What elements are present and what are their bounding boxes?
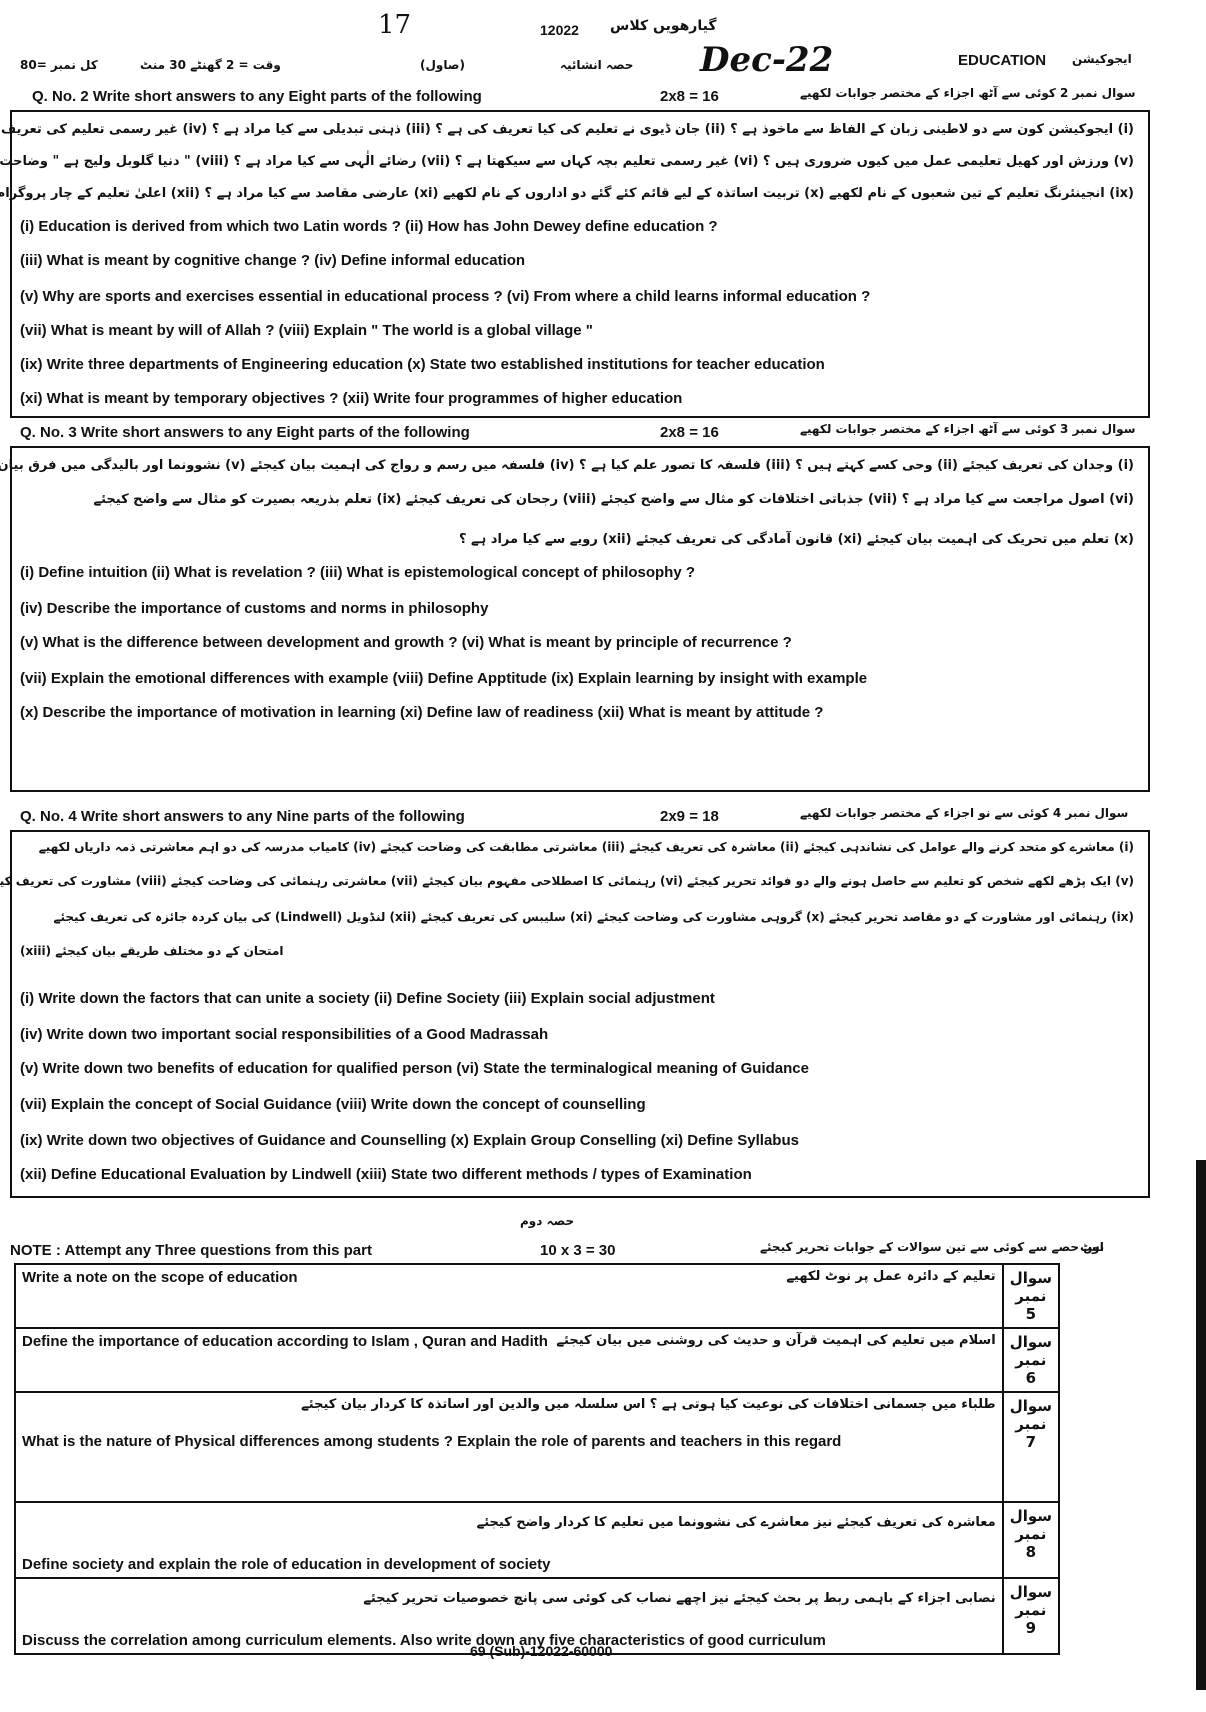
q2-part: (vii) What is meant by will of Allah ? (… bbox=[20, 322, 593, 339]
question-number-urdu: سوال نمبر 5 bbox=[1003, 1264, 1059, 1328]
question-english: Write a note on the scope of education bbox=[22, 1269, 298, 1286]
part2-heading-urdu: حصہ دوم bbox=[520, 1214, 574, 1228]
question-cell: طلباء میں جسمانی اختلافات کی نوعیت کیا ہ… bbox=[15, 1392, 1003, 1502]
q4-title-urdu: سوال نمبر 4 کوئی سے نو اجزاء کے مختصر جو… bbox=[800, 806, 1128, 820]
q2-urdu-line: (i) ایجوکیشن کون سے دو لاطینی زبان کے ال… bbox=[0, 122, 1134, 137]
time-urdu: وقت = 2 گھنٹے 30 منٹ bbox=[140, 58, 281, 72]
question-urdu: اسلام میں تعلیم کی اہمیت قرآن و حدیث کی … bbox=[556, 1333, 995, 1350]
q4-part: (i) Write down the factors that can unit… bbox=[20, 990, 715, 1007]
q2-urdu-line: (v) ورزش اور کھیل تعلیمی عمل میں کیوں ضر… bbox=[0, 154, 1134, 169]
class-label-urdu: گیارھویں کلاس bbox=[610, 18, 716, 34]
exam-paper: 12022 گیارھویں کلاس 17 کل نمبر =80 وقت =… bbox=[0, 0, 1206, 1712]
paper-code: 12022 bbox=[540, 22, 579, 38]
q3-part: (iv) Describe the importance of customs … bbox=[20, 600, 488, 617]
handwritten-date: Dec-22 bbox=[700, 40, 833, 80]
question-number-urdu: سوال نمبر 7 bbox=[1003, 1392, 1059, 1502]
q3-urdu-line: (x) تعلم میں تحریک کی اہمیت بیان کیجئے (… bbox=[459, 532, 1134, 547]
q4-part: (iv) Write down two important social res… bbox=[20, 1026, 548, 1043]
q2-box: (i) ایجوکیشن کون سے دو لاطینی زبان کے ال… bbox=[10, 110, 1150, 418]
q4-urdu-line: (i) معاشرے کو متحد کرنے والے عوامل کی نش… bbox=[39, 840, 1134, 854]
q2-urdu-line: (ix) انجینئرنگ تعلیم کے تین شعبوں کے نام… bbox=[0, 186, 1134, 201]
q4-part: (vii) Explain the concept of Social Guid… bbox=[20, 1096, 646, 1113]
subject-urdu: ایجوکیشن bbox=[1072, 52, 1132, 66]
question-number-urdu: سوال نمبر 9 bbox=[1003, 1578, 1059, 1654]
type-urdu: (صاول) bbox=[420, 58, 465, 72]
part2-note-label-urdu: نوٹ bbox=[1080, 1240, 1104, 1254]
section-urdu: حصہ انشائیہ bbox=[560, 58, 633, 72]
question-english: What is the nature of Physical differenc… bbox=[22, 1426, 902, 1458]
q3-urdu-line: (vi) اصول مراجعت سے کیا مراد ہے ؟ (vii) … bbox=[94, 492, 1135, 507]
part2-marks: 10 x 3 = 30 bbox=[540, 1242, 615, 1259]
q2-part: (i) Education is derived from which two … bbox=[20, 218, 718, 235]
question-number-urdu: سوال نمبر 8 bbox=[1003, 1502, 1059, 1578]
q4-part: (v) Write down two benefits of education… bbox=[20, 1060, 809, 1077]
question-urdu: نصابی اجزاء کے باہمی ربط پر بحث کیجئے نی… bbox=[22, 1591, 996, 1606]
question-urdu: طلباء میں جسمانی اختلافات کی نوعیت کیا ہ… bbox=[22, 1397, 996, 1412]
q3-urdu-line: (i) وجدان کی تعریف کیجئے (ii) وحی کسے کہ… bbox=[0, 458, 1134, 473]
q4-urdu-line: (xiii) امتحان کے دو مختلف طریقے بیان کیج… bbox=[20, 944, 283, 958]
q4-urdu-line: (ix) رہنمائی اور مشاورت کے دو مقاصد تحری… bbox=[53, 910, 1134, 924]
q4-part: (ix) Write down two objectives of Guidan… bbox=[20, 1132, 799, 1149]
question-cell: Define the importance of education accor… bbox=[15, 1328, 1003, 1392]
q3-box: (i) وجدان کی تعریف کیجئے (ii) وحی کسے کہ… bbox=[10, 446, 1150, 792]
part2-questions-table: Write a note on the scope of education ت… bbox=[14, 1263, 1060, 1655]
total-marks-urdu: کل نمبر =80 bbox=[20, 58, 98, 72]
table-row: Define the importance of education accor… bbox=[15, 1328, 1059, 1392]
q2-title: Q. No. 2 Write short answers to any Eigh… bbox=[32, 88, 482, 105]
question-english: Define the importance of education accor… bbox=[22, 1333, 548, 1350]
q3-marks: 2x8 = 16 bbox=[660, 424, 719, 441]
subject-title: EDUCATION bbox=[958, 52, 1046, 69]
question-urdu: تعلیم کے دائرہ عمل پر نوٹ لکھیے bbox=[786, 1269, 995, 1286]
q4-urdu-line: (v) ایک پڑھے لکھے شخص کو تعلیم سے حاصل ہ… bbox=[0, 874, 1134, 888]
table-row: معاشرہ کی تعریف کیجئے نیز معاشرے کی نشوو… bbox=[15, 1502, 1059, 1578]
q3-title: Q. No. 3 Write short answers to any Eigh… bbox=[20, 424, 470, 441]
part2-note: NOTE : Attempt any Three questions from … bbox=[10, 1242, 372, 1259]
question-english: Define society and explain the role of e… bbox=[22, 1556, 996, 1573]
q4-box: (i) معاشرے کو متحد کرنے والے عوامل کی نش… bbox=[10, 830, 1150, 1198]
part2-note-urdu: اس حصے سے کوئی سے تین سوالات کے جوابات ت… bbox=[760, 1240, 1104, 1254]
table-row: طلباء میں جسمانی اختلافات کی نوعیت کیا ہ… bbox=[15, 1392, 1059, 1502]
q4-title: Q. No. 4 Write short answers to any Nine… bbox=[20, 808, 465, 825]
q2-part: (ix) Write three departments of Engineer… bbox=[20, 356, 825, 373]
q2-part: (v) Why are sports and exercises essenti… bbox=[20, 288, 870, 305]
q4-marks: 2x9 = 18 bbox=[660, 808, 719, 825]
q3-part: (x) Describe the importance of motivatio… bbox=[20, 704, 823, 721]
q2-part: (iii) What is meant by cognitive change … bbox=[20, 252, 525, 269]
question-cell: معاشرہ کی تعریف کیجئے نیز معاشرے کی نشوو… bbox=[15, 1502, 1003, 1578]
q4-part: (xii) Define Educational Evaluation by L… bbox=[20, 1166, 752, 1183]
q2-marks: 2x8 = 16 bbox=[660, 88, 719, 105]
q3-part: (i) Define intuition (ii) What is revela… bbox=[20, 564, 695, 581]
q2-title-urdu: سوال نمبر 2 کوئی سے آٹھ اجزاء کے مختصر ج… bbox=[800, 86, 1136, 100]
q2-part: (xi) What is meant by temporary objectiv… bbox=[20, 390, 682, 407]
q3-part: (v) What is the difference between devel… bbox=[20, 634, 792, 651]
handwritten-mark: 17 bbox=[378, 10, 411, 40]
footer-code: 69 (Sub)-12022-60000 bbox=[470, 1643, 612, 1659]
question-urdu: معاشرہ کی تعریف کیجئے نیز معاشرے کی نشوو… bbox=[22, 1515, 996, 1530]
question-number-urdu: سوال نمبر 6 bbox=[1003, 1328, 1059, 1392]
table-row: Write a note on the scope of education ت… bbox=[15, 1264, 1059, 1328]
q3-part: (vii) Explain the emotional differences … bbox=[20, 670, 867, 687]
q3-title-urdu: سوال نمبر 3 کوئی سے آٹھ اجزاء کے مختصر ج… bbox=[800, 422, 1136, 436]
question-cell: Write a note on the scope of education ت… bbox=[15, 1264, 1003, 1328]
scan-edge bbox=[1196, 1160, 1206, 1690]
